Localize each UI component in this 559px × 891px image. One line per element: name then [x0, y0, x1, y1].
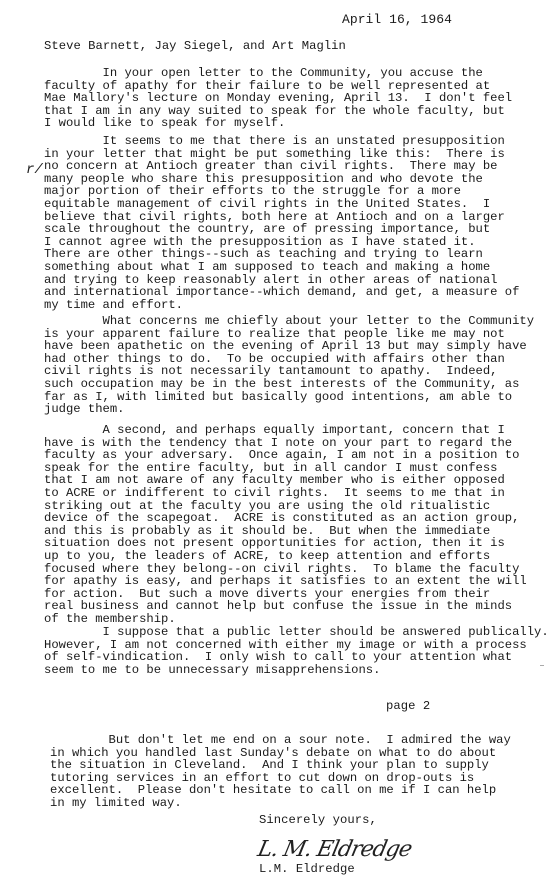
handwritten-signature: L. M. Eldredge — [255, 837, 413, 862]
complimentary-close: Sincerely yours, — [259, 814, 377, 826]
text-line: seem to me to be unnecessary misapprehen… — [44, 664, 549, 677]
text-line: faculty as your adversary. Once again, I… — [44, 449, 527, 462]
text-line: my time and effort. — [44, 299, 519, 312]
text-line: up to you, the leaders of ACRE, to keep … — [44, 550, 527, 563]
text-line: the situation in Cleveland. And I think … — [50, 759, 511, 772]
text-line: I would like to speak for myself. — [44, 117, 512, 130]
page-number-label: page 2 — [386, 700, 430, 712]
text-line: scale throughout the country, are of pre… — [44, 223, 519, 236]
letter-date: April 16, 1964 — [342, 14, 452, 26]
text-line: judge them. — [44, 403, 534, 416]
proofreading-margin-mark: r/ — [26, 162, 43, 178]
typed-signature-name: L.M. Eldredge — [259, 863, 355, 875]
paragraph-2: It seems to me that there is an unstated… — [44, 135, 519, 311]
text-line: equitable management of civil rights in … — [44, 198, 519, 211]
paragraph-5: I suppose that a public letter should be… — [44, 626, 549, 676]
text-line: of the membership. — [44, 613, 527, 626]
text-line: something about what I am supposed to te… — [44, 261, 519, 274]
text-line: no concern at Antioch greater than civil… — [44, 160, 519, 173]
text-line: device of the scapegoat. ACRE is constit… — [44, 512, 527, 525]
text-line: It seems to me that there is an unstated… — [44, 135, 519, 148]
text-line: of self-vindication. I only wish to call… — [44, 651, 549, 664]
text-line: to ACRE or indifferent to civil rights. … — [44, 487, 527, 500]
text-line: I suppose that a public letter should be… — [44, 626, 549, 639]
salutation: Steve Barnett, Jay Siegel, and Art Magli… — [44, 40, 346, 52]
paragraph-1: In your open letter to the Community, yo… — [44, 67, 512, 130]
text-line: In your open letter to the Community, yo… — [44, 67, 512, 80]
text-line: in my limited way. — [50, 797, 511, 810]
text-line: A second, and perhaps equally important,… — [44, 424, 527, 437]
text-line: and international importance--which dema… — [44, 286, 519, 299]
text-line: such occupation may be in the best inter… — [44, 378, 534, 391]
text-line: But don't let me end on a sour note. I a… — [50, 734, 511, 747]
text-line: What concerns me chiefly about your lett… — [44, 315, 534, 328]
paragraph-closing: But don't let me end on a sour note. I a… — [50, 734, 511, 810]
text-line: for apathy is easy, and perhaps it satis… — [44, 575, 527, 588]
paragraph-4: A second, and perhaps equally important,… — [44, 424, 527, 626]
scan-speck — [540, 665, 544, 666]
text-line: have been apathetic on the evening of Ap… — [44, 340, 534, 353]
paragraph-3: What concerns me chiefly about your lett… — [44, 315, 534, 416]
text-line: Mae Mallory's lecture on Monday evening,… — [44, 92, 512, 105]
